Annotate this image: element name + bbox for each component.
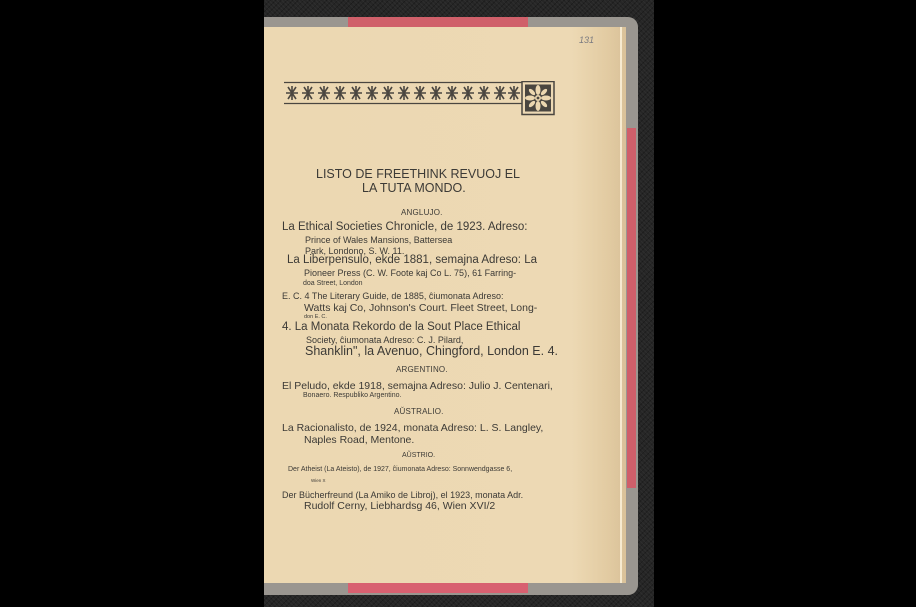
entry-line: don E. C. <box>304 314 327 320</box>
entry-line: Der Atheist (La Ateisto), de 1927, ĉiumo… <box>288 466 512 473</box>
page-title-line-1: LISTO DE FREETHINK REVUOJ EL <box>316 167 520 181</box>
section-heading-australio: AŬSTRALIO. <box>394 407 444 416</box>
page-edge <box>620 27 622 583</box>
entry-line: La Liberpensulo, ekde 1881, semajna Adre… <box>287 254 537 266</box>
entry-line: Bonaero. Respubliko Argentino. <box>303 392 401 399</box>
entry-line: Watts kaj Co, Johnson's Court. Fleet Str… <box>304 302 537 314</box>
ornamental-border <box>284 81 555 116</box>
binding-red-side <box>627 128 636 488</box>
entry-line: E. C. 4 The Literary Guide, de 1885, ĉiu… <box>282 291 503 301</box>
section-heading-anglujo: ANGLUJO. <box>401 208 443 217</box>
entry-line: La Racionalisto, de 1924, monata Adreso:… <box>282 422 543 434</box>
binding-red-top <box>348 17 528 27</box>
entry-line: Naples Road, Mentone. <box>304 434 414 446</box>
entry-line: Shanklin", la Avenuo, Chingford, London … <box>305 344 558 358</box>
entry-line: Wien X <box>311 478 326 483</box>
entry-line: Pioneer Press (C. W. Foote kaj Co L. 75)… <box>304 268 516 278</box>
entry-line: Rudolf Cerny, Liebhardsg 46, Wien XVI/2 <box>304 500 495 512</box>
binding-red-bottom <box>348 583 528 593</box>
entry-line: Der Bücherfreund (La Amiko de Libroj), e… <box>282 490 523 500</box>
entry-line: Prince of Wales Mansions, Battersea <box>305 235 452 245</box>
page-number: 131 <box>579 35 594 45</box>
entry-line: La Ethical Societies Chronicle, de 1923.… <box>282 221 527 233</box>
section-heading-austrio: AŬSTRIO. <box>402 452 435 459</box>
entry-line: doa Street, London <box>303 280 363 287</box>
section-heading-argentino: ARGENTINO. <box>396 365 448 374</box>
entry-line: 4. La Monata Rekordo de la Sout Place Et… <box>282 321 520 333</box>
page-title-line-2: LA TUTA MONDO. <box>362 181 466 195</box>
entry-line: El Peludo, ekde 1918, semajna Adreso: Ju… <box>282 380 553 392</box>
